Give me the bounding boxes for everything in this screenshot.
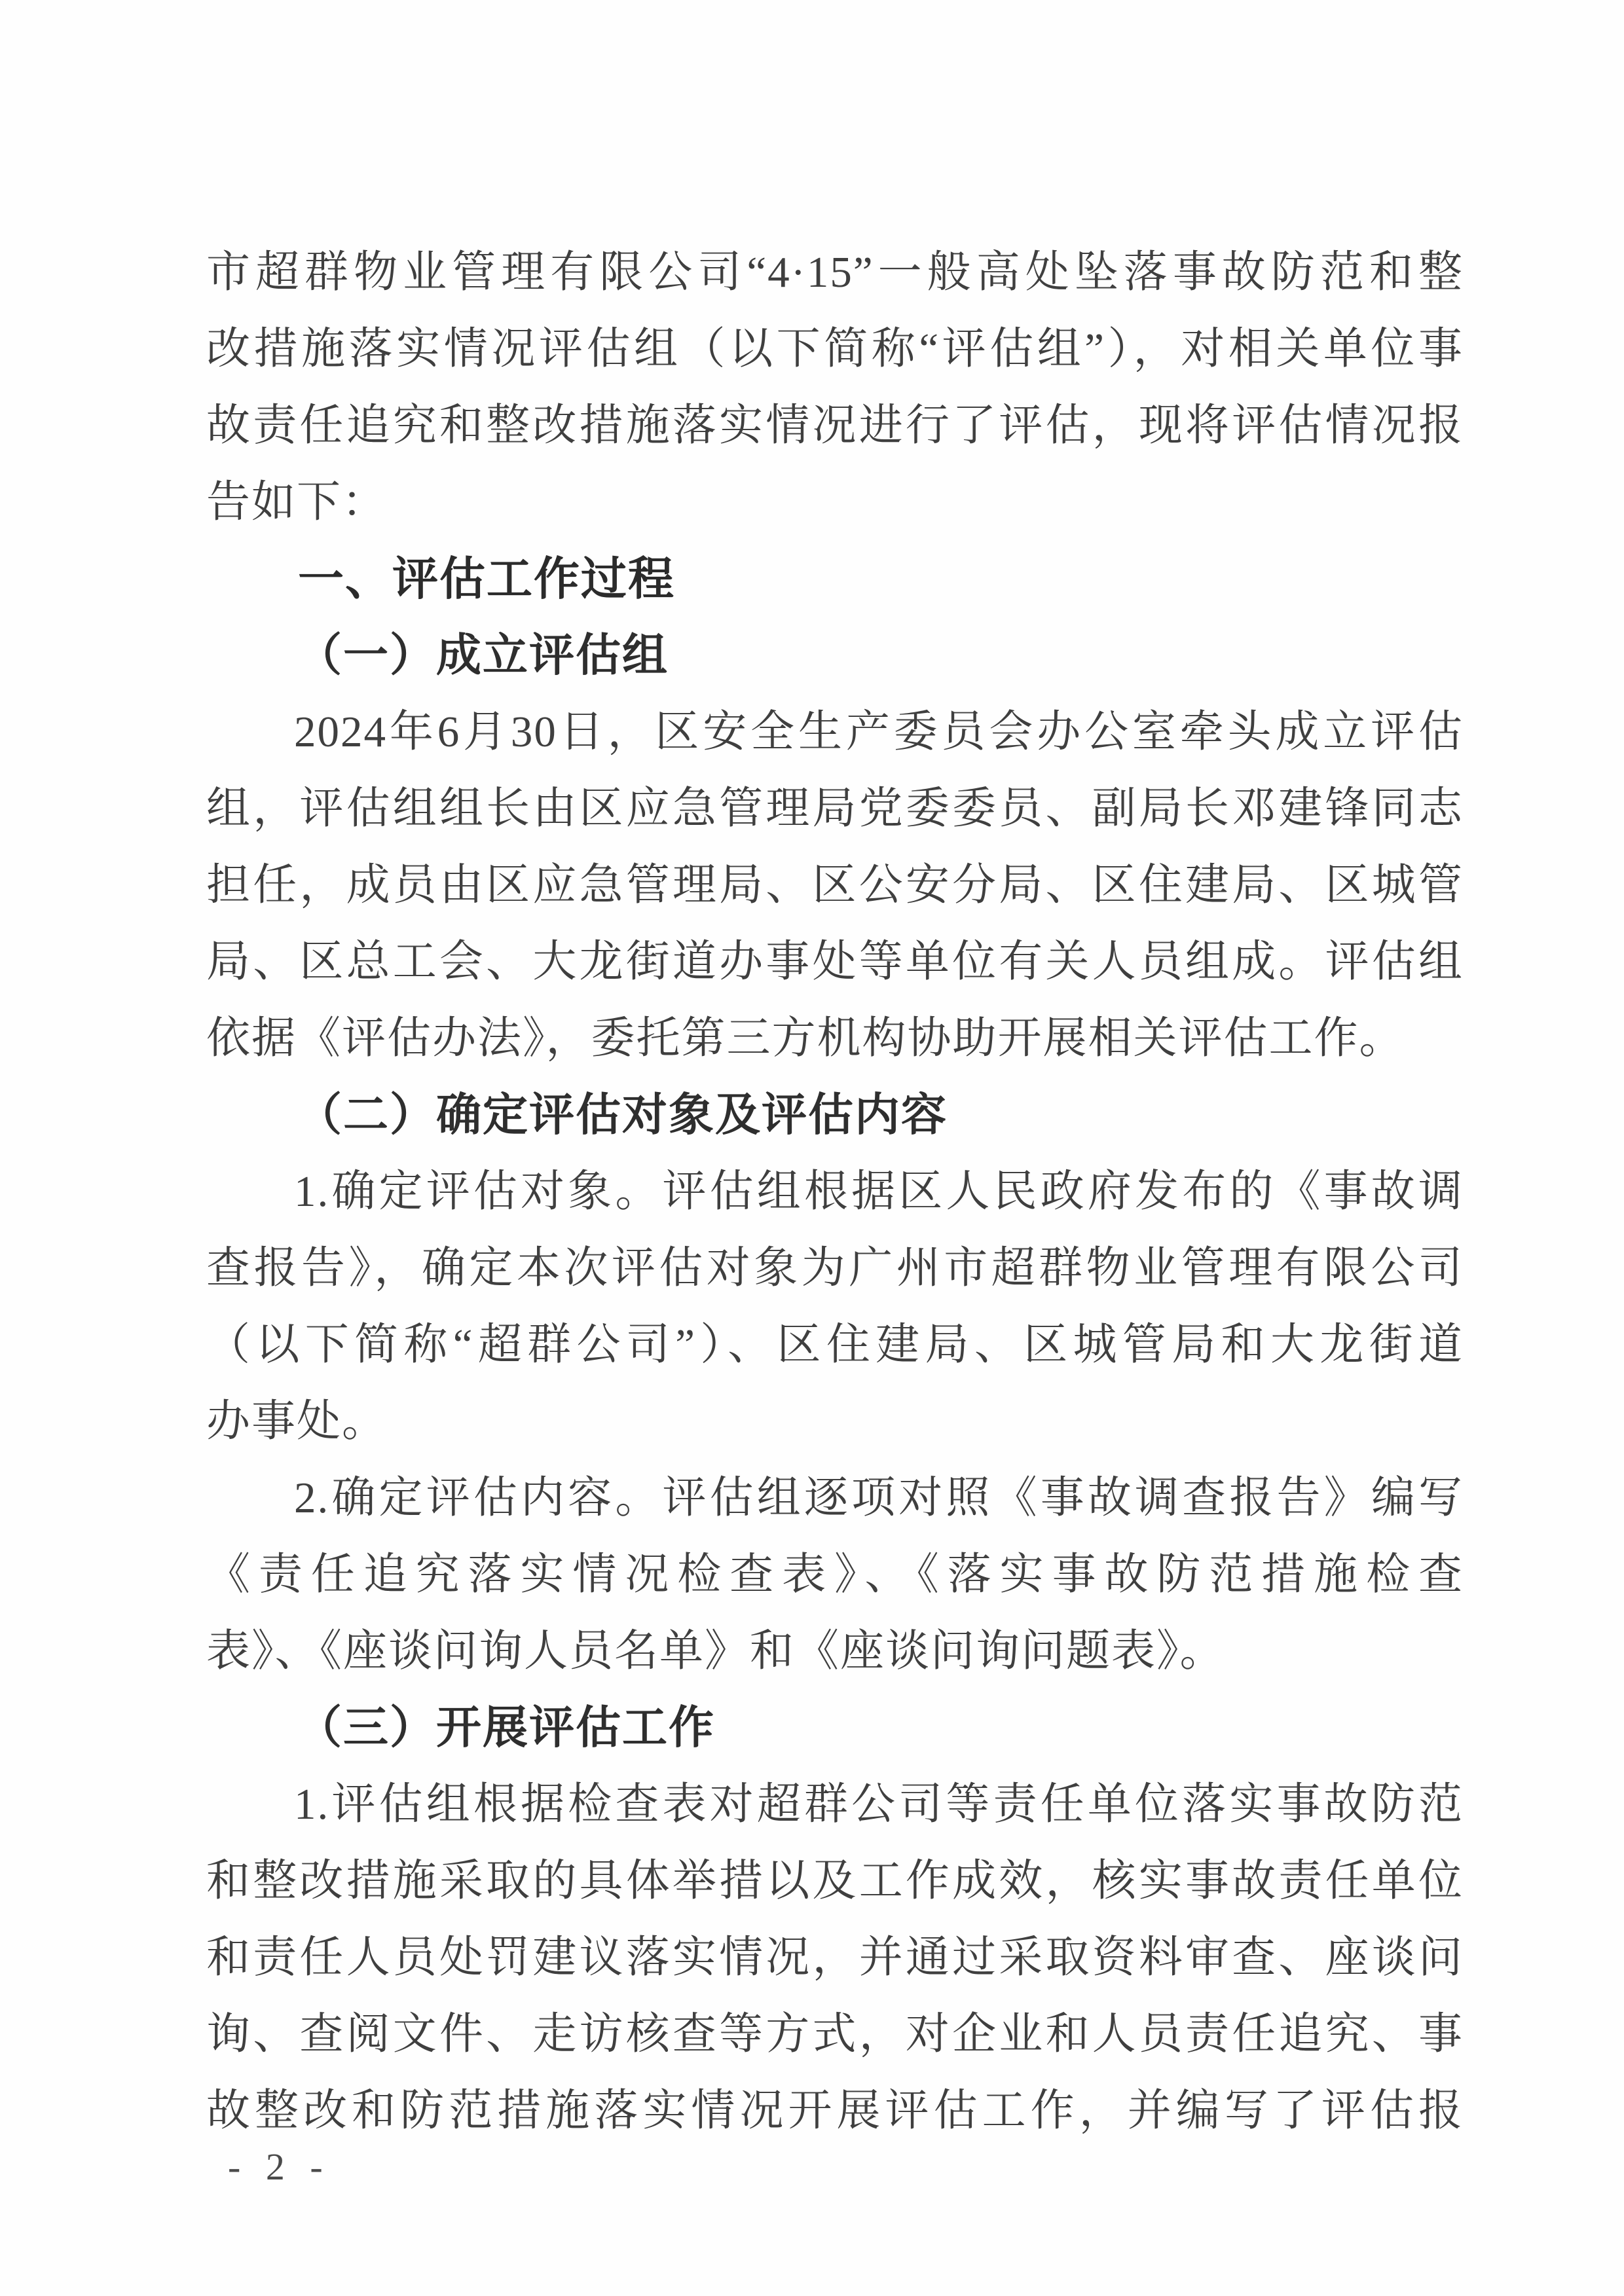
text-line: 查报告》，确定本次评估对象为广州市超群物业管理有限公司 — [206, 1230, 1464, 1307]
text-line: 表》、《座谈问询人员名单》和《座谈问询问题表》。 — [206, 1613, 1464, 1690]
text-line: 2024年6月30日，区安全生产委员会办公室牵头成立评估 — [206, 694, 1464, 771]
text-line: 1.确定评估对象。评估组根据区人民政府发布的《事故调 — [206, 1154, 1464, 1230]
document-body: 市超群物业管理有限公司“4·15”一般高处坠落事故防范和整改措施落实情况评估组（… — [206, 234, 1464, 2149]
text-line: 一、评估工作过程 — [206, 541, 1464, 617]
text-line: 办事处。 — [206, 1383, 1464, 1460]
text-line: （三）开展评估工作 — [206, 1690, 1464, 1766]
text-line: 2.确定评估内容。评估组逐项对照《事故调查报告》编写 — [206, 1460, 1464, 1537]
page-number: - 2 - — [228, 2146, 331, 2188]
text-line: 故整改和防范措施落实情况开展评估工作，并编写了评估报 — [206, 2073, 1464, 2149]
text-line: 1.评估组根据检查表对超群公司等责任单位落实事故防范 — [206, 1766, 1464, 1843]
text-line: 和整改措施采取的具体举措以及工作成效，核实事故责任单位 — [206, 1843, 1464, 1920]
text-line: 组，评估组组长由区应急管理局党委委员、副局长邓建锋同志 — [206, 771, 1464, 847]
text-line: 和责任人员处罚建议落实情况，并通过采取资料审查、座谈问 — [206, 1920, 1464, 1996]
document-page: 市超群物业管理有限公司“4·15”一般高处坠落事故防范和整改措施落实情况评估组（… — [0, 0, 1624, 2296]
text-line: 市超群物业管理有限公司“4·15”一般高处坠落事故防范和整 — [206, 234, 1464, 311]
text-line: 局、区总工会、大龙街道办事处等单位有关人员组成。评估组 — [206, 924, 1464, 1000]
text-line: 改措施落实情况评估组（以下简称“评估组”），对相关单位事 — [206, 311, 1464, 388]
text-line: 依据《评估办法》，委托第三方机构协助开展相关评估工作。 — [206, 1000, 1464, 1077]
text-line: 故责任追究和整改措施落实情况进行了评估，现将评估情况报 — [206, 388, 1464, 464]
text-line: （以下简称“超群公司”）、区住建局、区城管局和大龙街道 — [206, 1307, 1464, 1383]
text-line: （一）成立评估组 — [206, 617, 1464, 694]
text-line: 《责任追究落实情况检查表》、《落实事故防范措施检查 — [206, 1537, 1464, 1613]
text-line: 询、查阅文件、走访核查等方式，对企业和人员责任追究、事 — [206, 1996, 1464, 2073]
text-line: 担任，成员由区应急管理局、区公安分局、区住建局、区城管 — [206, 847, 1464, 924]
text-line: （二）确定评估对象及评估内容 — [206, 1077, 1464, 1154]
text-line: 告如下： — [206, 464, 1464, 541]
